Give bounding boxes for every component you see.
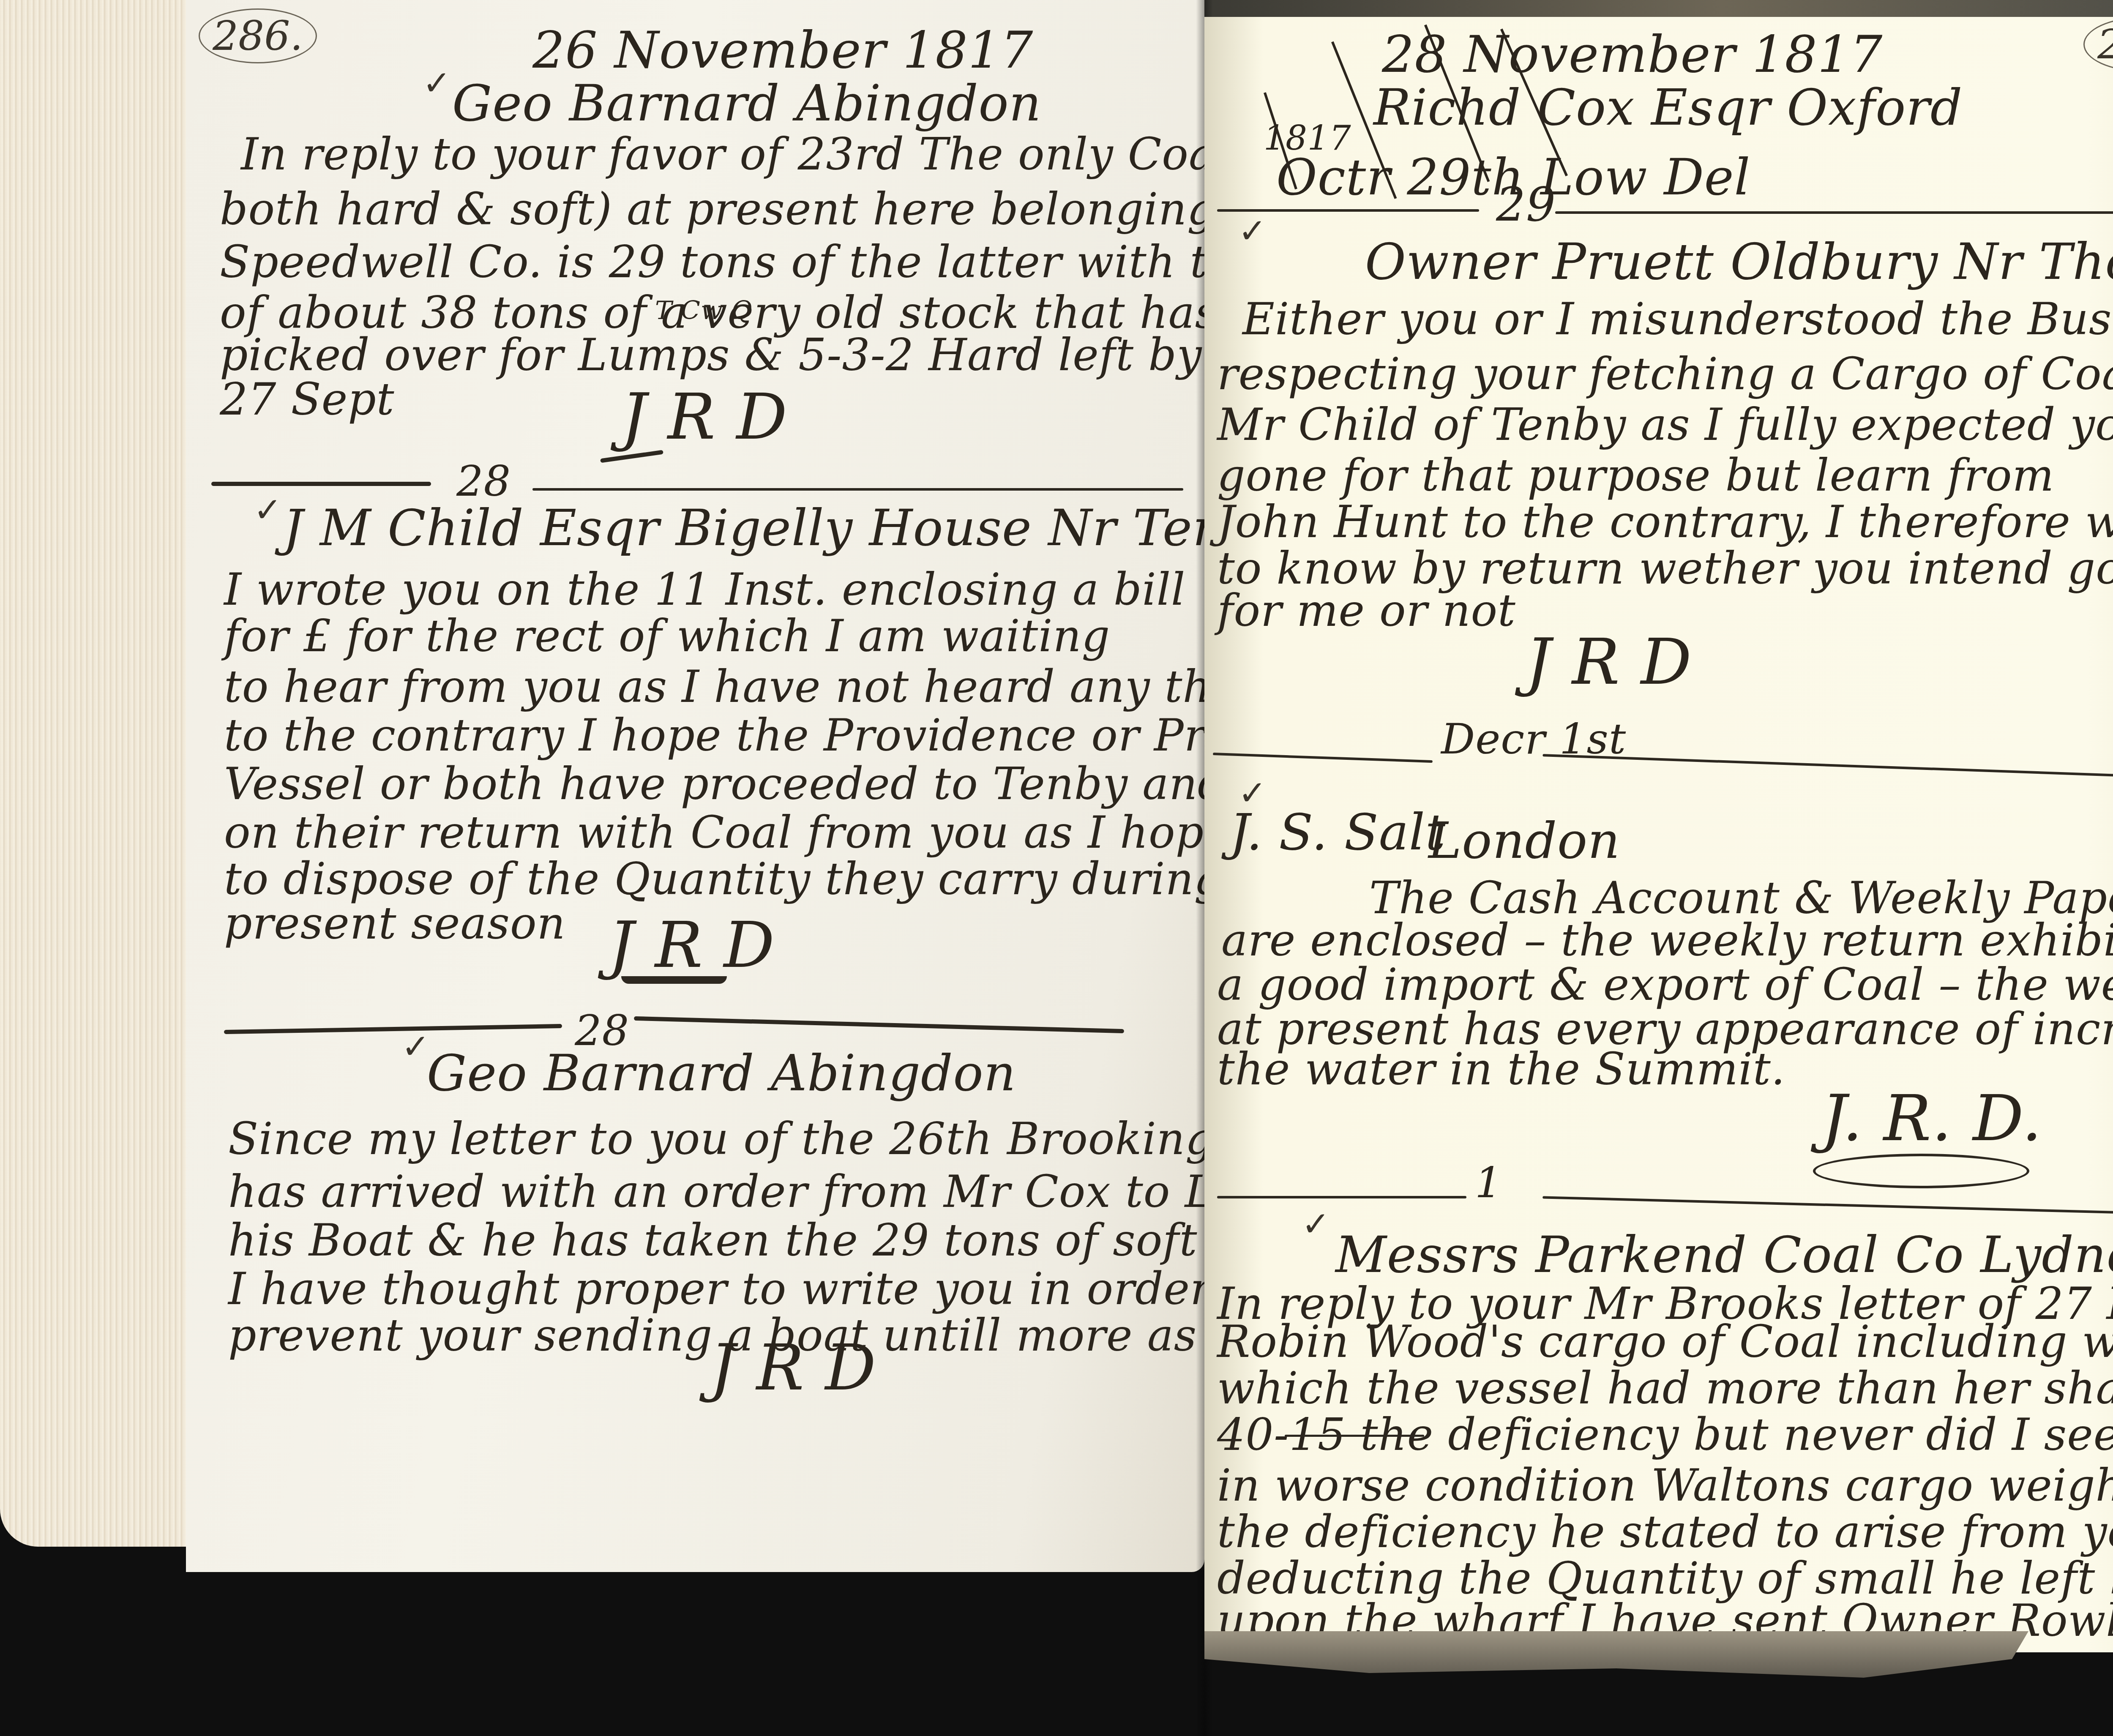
entry-divider xyxy=(532,488,1183,491)
entry-divider xyxy=(1213,753,1433,763)
date-header: 28 November 1817 xyxy=(1382,25,1883,84)
strike-through xyxy=(1285,1435,1424,1437)
signature: J. R. D. xyxy=(1821,1082,2042,1155)
letter-line: the water in the Summit. xyxy=(1217,1037,1785,1101)
right-page: 287. 28 November 1817 Richd Cox Esqr Oxf… xyxy=(1204,17,2113,1652)
addressee: Owner Pruett Oldbury Nr Thornbury xyxy=(1365,232,2113,291)
signature: J R D xyxy=(1526,625,1692,699)
tick-mark-icon: ✓ xyxy=(1238,211,1267,251)
superscript-note: T Cw Q xyxy=(655,296,753,325)
letter-line: In reply to your favor of 23rd The only … xyxy=(241,123,1230,186)
letter-line: for me or not xyxy=(1217,579,1516,642)
addressee: J. S. Salt xyxy=(1230,803,1446,861)
letter-line: Either you or I misunderstood the Busine… xyxy=(1242,287,2113,351)
entry-divider xyxy=(634,1016,1124,1033)
location: London xyxy=(1428,811,1620,870)
page-number-left: 286. xyxy=(199,8,317,63)
tick-mark-icon: ✓ xyxy=(401,1027,430,1066)
entry-divider xyxy=(1217,1196,1466,1198)
letter-line: 27 Sept xyxy=(220,368,395,431)
tick-mark-icon: ✓ xyxy=(423,63,451,103)
entry-divider xyxy=(211,482,431,486)
entry-divider xyxy=(1542,1196,2113,1215)
entry-divider xyxy=(1542,754,2113,778)
signature-flourish xyxy=(1813,1154,2029,1188)
frayed-page-edge xyxy=(1204,1631,2028,1678)
signature: J R D xyxy=(710,1331,876,1405)
tick-mark-icon: ✓ xyxy=(254,490,282,530)
date-header: 26 November 1817 xyxy=(532,21,1033,80)
addressee: Richd Cox Esqr Oxford xyxy=(1373,78,1963,136)
page-number-right: 287. xyxy=(2083,17,2113,72)
signature: J R D xyxy=(609,909,775,982)
entry-divider xyxy=(1555,211,2113,214)
left-page: 286. 26 November 1817 ✓ Geo Barnard Abin… xyxy=(186,0,1204,1572)
entry-divider xyxy=(224,1024,562,1034)
entry-day: 29 xyxy=(1496,177,1556,232)
entry-day: 1 xyxy=(1475,1158,1502,1207)
addressee: J M Child Esqr Bigelly House Nr Tenby xyxy=(283,499,1286,557)
signature: J R D xyxy=(621,380,788,454)
addressee: Geo Barnard Abingdon xyxy=(427,1044,1016,1102)
page-edges-stack xyxy=(0,0,199,1547)
signature-underline xyxy=(621,976,727,984)
open-letter-book: 286. 26 November 1817 ✓ Geo Barnard Abin… xyxy=(0,0,2113,1736)
letter-line: present season xyxy=(224,892,565,955)
tick-mark-icon: ✓ xyxy=(1302,1204,1330,1244)
